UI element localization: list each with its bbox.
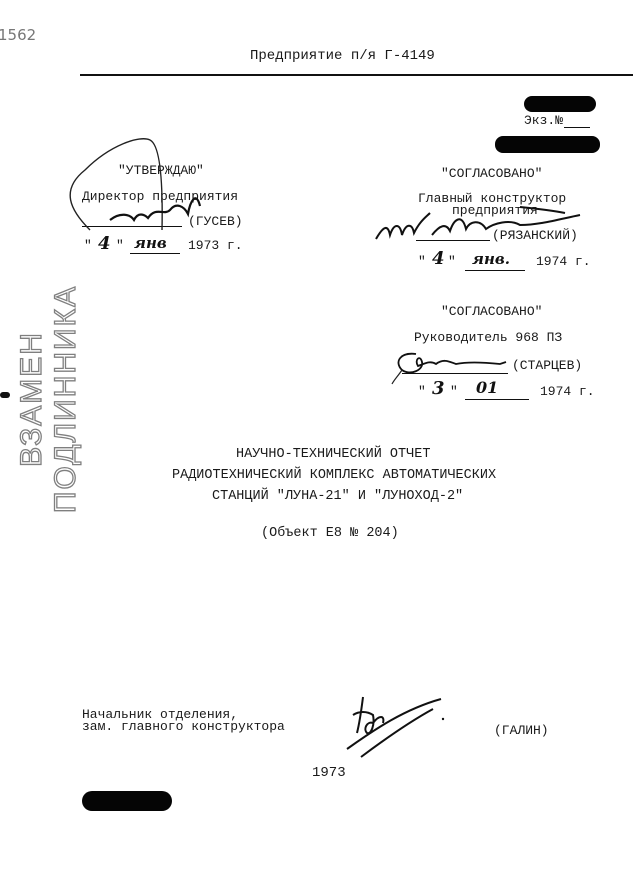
signature-startsev [390,340,520,380]
date-quote-close: " [116,238,124,253]
footer-name: (ГАЛИН) [494,723,549,738]
date-day: 3 [432,378,445,399]
header-rule [80,74,633,76]
date-quote-open: " [418,254,426,269]
copy-number-blank [564,127,590,128]
side-stamp-text: ВЗАМЕН ПОДЛИННИКА [15,224,83,574]
approver-name: (СТАРЦЕВ) [512,358,582,373]
signature-galin [345,685,455,760]
date-month-line [465,270,525,271]
date-year: 1973 г. [188,238,243,253]
redaction-block [495,136,600,153]
enterprise-header: Предприятие п/я Г-4149 [250,48,435,64]
signature-gusev [60,120,260,230]
date-day: 4 [98,233,111,254]
footer-position-line2: зам. главного конструктора [82,719,285,734]
date-year: 1974 г. [540,384,595,399]
date-quote-open: " [418,384,426,399]
title-line3: СТАНЦИЙ "ЛУНА-21" И "ЛУНОХОД-2" [212,489,463,504]
footer-year: 1973 [312,765,346,781]
date-quote-close: " [448,254,456,269]
redaction-block [524,96,596,112]
date-quote-open: " [84,238,92,253]
title-line1: НАУЧНО-ТЕХНИЧЕСКИЙ ОТЧЕТ [236,447,430,462]
date-quote-close: " [450,384,458,399]
archive-number: 1562 [0,26,36,44]
date-month-line [130,253,180,254]
redaction-block [82,791,172,811]
margin-mark [0,392,10,398]
signature-ryazansky [370,195,590,255]
date-year: 1974 г. [536,254,591,269]
approval-title: "СОГЛАСОВАНО" [441,304,542,319]
date-month-line [465,399,529,400]
title-line2: РАДИОТЕХНИЧЕСКИЙ КОМПЛЕКС АВТОМАТИЧЕСКИХ [172,468,496,483]
copy-number-label: Экз.№ [524,113,563,128]
approval-title: "СОГЛАСОВАНО" [441,166,542,181]
date-month: 01 [476,378,498,397]
object-number: (Объект Е8 № 204) [261,526,399,541]
side-stamp: ВЗАМЕН ПОДЛИННИКА [24,205,64,555]
date-month: янв [134,234,167,252]
